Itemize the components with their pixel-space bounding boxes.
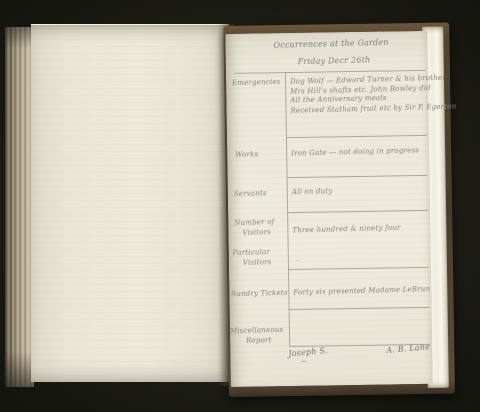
row-entry-line: All on duty (292, 187, 333, 197)
row-entry-line: - (297, 257, 300, 266)
right-page-group: Occurrences at the Garden Friday Decr 26… (223, 22, 455, 397)
left-blank-page (31, 24, 229, 382)
signature-left: Joseph S. (288, 346, 328, 358)
ledger-page: Occurrences at the Garden Friday Decr 26… (225, 31, 433, 387)
table-rule-2 (287, 175, 428, 178)
row-label: Emergencies (232, 78, 281, 88)
table-column-rule (285, 72, 290, 346)
book-scan: Occurrences at the Garden Friday Decr 26… (0, 0, 480, 412)
table-rule-1 (286, 135, 427, 138)
row-label: Sundry Tickets (231, 289, 287, 299)
signature-left-flourish: ~ (300, 357, 308, 367)
row-entry-line: Iron Gate — not doing in progress (291, 146, 419, 158)
row-label: Miscellaneous (230, 326, 283, 336)
table-rule-3 (287, 210, 428, 213)
left-page-stack-edges (5, 27, 34, 387)
page-header-date: Friday Decr 26th (298, 55, 371, 66)
table-rule-5 (289, 307, 430, 310)
row-label: Visitors (243, 258, 272, 268)
page-header-title: Occurrences at the Garden (273, 38, 388, 50)
row-label: Number of (234, 218, 274, 228)
row-entry-line: Forty six presented Madame LeBrun (293, 285, 430, 298)
row-label: Works (235, 150, 258, 160)
row-entry-line: Three hundred & ninety four (292, 224, 400, 236)
row-label: Particular (233, 248, 270, 258)
table-rule-4 (288, 267, 429, 270)
row-label: Report (246, 336, 272, 346)
row-label: Visitors (242, 228, 271, 238)
row-label: Servants (234, 189, 267, 199)
table-top-rule (234, 70, 426, 74)
